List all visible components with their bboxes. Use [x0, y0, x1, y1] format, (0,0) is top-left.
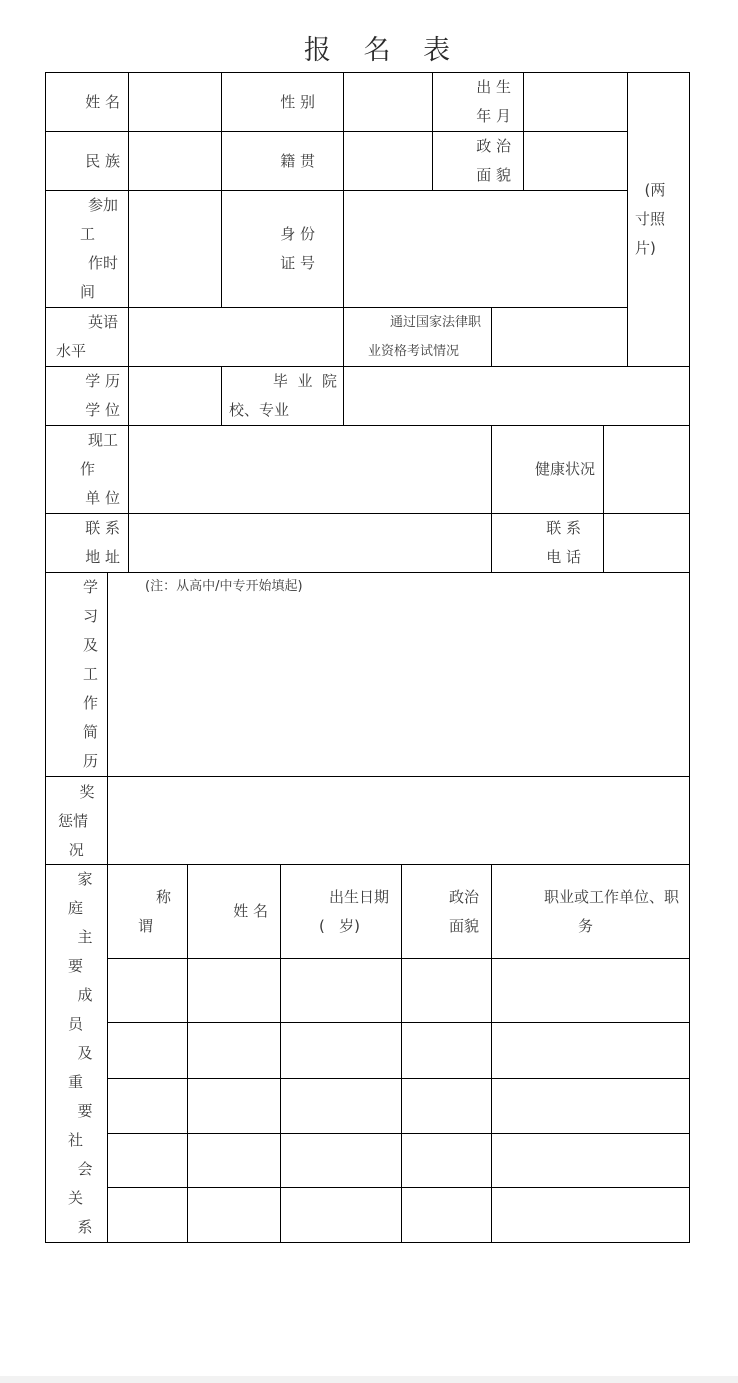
name-label: 姓 名: [45, 72, 129, 132]
hometown-label: 籍 贯: [221, 131, 344, 191]
id-label-line1: 身 份: [222, 220, 315, 249]
workplace-label-line3: 单 位: [46, 484, 120, 513]
phone-label-line1: 联 系: [492, 514, 581, 543]
family-row-1-relation[interactable]: [107, 958, 188, 1023]
workplace-label-line1: 现工: [46, 426, 120, 455]
family-label-char: 社: [68, 1126, 107, 1155]
school-major-label: 毕 业 院 校、专业: [221, 366, 344, 426]
header-political-line1: 政治: [402, 883, 479, 912]
resume-label-char: 习: [83, 602, 107, 631]
family-row-1-birthdate[interactable]: [280, 958, 402, 1023]
awards-label-line2: 惩情: [58, 807, 107, 836]
political-status-field[interactable]: [523, 131, 628, 191]
name-field[interactable]: [128, 72, 222, 132]
family-row-4-occupation[interactable]: [491, 1133, 690, 1188]
family-label: 家 庭 主 要 成 员 及 重 要 社 会 关 系: [45, 864, 108, 1243]
header-relation-line1: 称: [108, 883, 171, 912]
birth-date-label: 出 生 年 月: [432, 72, 524, 132]
english-level-label: 英语 水平: [45, 307, 129, 367]
family-label-char: 关: [68, 1184, 107, 1213]
family-row-5-relation[interactable]: [107, 1187, 188, 1243]
family-row-2-relation[interactable]: [107, 1022, 188, 1079]
family-row-5-birthdate[interactable]: [280, 1187, 402, 1243]
health-label: 健康状况: [491, 425, 604, 514]
header-political-line2: 面貌: [402, 912, 479, 941]
address-label-line1: 联 系: [46, 514, 120, 543]
gender-label: 性 别: [221, 72, 344, 132]
family-header-relation: 称 谓: [107, 864, 188, 959]
family-row-5-occupation[interactable]: [491, 1187, 690, 1243]
gender-field[interactable]: [343, 72, 433, 132]
phone-label-line2: 电 话: [492, 543, 581, 572]
hometown-field[interactable]: [343, 131, 433, 191]
header-birthdate-line1: 出生日期: [281, 883, 389, 912]
work-start-label: 参加 工 作时 间: [45, 190, 129, 308]
workplace-label-line2: 作: [46, 455, 120, 484]
resume-label-char: 历: [83, 747, 107, 776]
family-row-4-birthdate[interactable]: [280, 1133, 402, 1188]
family-row-5-name[interactable]: [187, 1187, 281, 1243]
english-label-line1: 英语: [46, 308, 118, 337]
address-label: 联 系 地 址: [45, 513, 129, 573]
ethnicity-field[interactable]: [128, 131, 222, 191]
id-number-label: 身 份 证 号: [221, 190, 344, 308]
header-occupation-line2: 务: [492, 912, 679, 941]
photo-label-line1: (两: [635, 176, 689, 205]
work-start-line1: 参加: [46, 191, 118, 220]
hometown-label-text: 籍 贯: [222, 147, 315, 176]
header-relation-line2: 谓: [108, 912, 171, 941]
header-birthdate-line2: ( 岁): [281, 912, 389, 941]
photo-label-line3: 片): [635, 234, 689, 263]
work-start-line4: 间: [46, 278, 118, 307]
workplace-field[interactable]: [128, 425, 492, 514]
health-label-text: 健康状况: [492, 455, 595, 484]
family-label-char: 会: [68, 1155, 107, 1184]
education-label-line1: 学 历: [46, 367, 120, 396]
form-title: 报 名 表: [0, 28, 738, 67]
education-field[interactable]: [128, 366, 222, 426]
gender-label-text: 性 别: [222, 88, 315, 117]
political-label-line1: 政 治: [433, 132, 511, 161]
address-field[interactable]: [128, 513, 492, 573]
birth-date-field[interactable]: [523, 72, 628, 132]
photo-label-line2: 寸照: [635, 205, 689, 234]
ethnicity-label: 民 族: [45, 131, 129, 191]
header-occupation-line1: 职业或工作单位、职: [492, 883, 679, 912]
resume-label: 学 习 及 工 作 简 历: [45, 572, 108, 777]
name-label-text: 姓 名: [46, 88, 120, 117]
family-header-birthdate: 出生日期 ( 岁): [280, 864, 402, 959]
resume-label-char: 及: [83, 631, 107, 660]
education-label: 学 历 学 位: [45, 366, 129, 426]
birth-label-line1: 出 生: [433, 73, 511, 102]
education-label-line2: 学 位: [46, 396, 120, 425]
family-label-char: 重: [68, 1068, 107, 1097]
family-label-char: 主: [68, 923, 107, 952]
resume-note: (注：从高中/中专开始填起): [145, 575, 303, 599]
awards-label: 奖 惩情 况: [45, 776, 108, 865]
awards-label-line3: 况: [58, 836, 107, 865]
family-row-3-relation[interactable]: [107, 1078, 188, 1134]
family-label-char: 要: [68, 952, 107, 981]
law-exam-line2: 业资格考试情况: [344, 337, 481, 366]
work-start-field[interactable]: [128, 190, 222, 308]
birth-label-line2: 年 月: [433, 102, 511, 131]
resume-label-char: 学: [83, 573, 107, 602]
workplace-label: 现工 作 单 位: [45, 425, 129, 514]
family-row-3-name[interactable]: [187, 1078, 281, 1134]
family-row-4-political[interactable]: [401, 1133, 492, 1188]
awards-field[interactable]: [107, 776, 690, 865]
law-exam-field[interactable]: [491, 307, 628, 367]
family-row-4-relation[interactable]: [107, 1133, 188, 1188]
law-exam-line1: 通过国家法律职: [344, 308, 481, 337]
law-exam-label: 通过国家法律职 业资格考试情况: [343, 307, 492, 367]
family-label-char: 及: [68, 1039, 107, 1068]
header-name-text: 姓 名: [188, 897, 268, 926]
family-label-char: 要: [68, 1097, 107, 1126]
id-label-line2: 证 号: [222, 249, 315, 278]
school-major-field[interactable]: [343, 366, 690, 426]
family-row-1-political[interactable]: [401, 958, 492, 1023]
resume-label-char: 工: [83, 660, 107, 689]
family-row-3-political[interactable]: [401, 1078, 492, 1134]
family-header-name: 姓 名: [187, 864, 281, 959]
health-field[interactable]: [603, 425, 690, 514]
family-header-occupation: 职业或工作单位、职 务: [491, 864, 690, 959]
english-level-field[interactable]: [128, 307, 344, 367]
family-label-char: 家: [68, 865, 107, 894]
work-start-line2: 工: [46, 220, 118, 249]
family-row-3-birthdate[interactable]: [280, 1078, 402, 1134]
family-row-4-name[interactable]: [187, 1133, 281, 1188]
school-label-line1: 毕 业 院: [222, 367, 337, 396]
school-label-line2: 校、专业: [222, 396, 337, 425]
english-label-line2: 水平: [46, 337, 118, 366]
family-row-2-name[interactable]: [187, 1022, 281, 1079]
family-label-char: 员: [68, 1010, 107, 1039]
id-number-field[interactable]: [343, 190, 628, 308]
resume-label-char: 简: [83, 718, 107, 747]
awards-label-line1: 奖: [58, 778, 107, 807]
resume-field[interactable]: (注：从高中/中专开始填起): [107, 572, 690, 777]
ethnicity-label-text: 民 族: [46, 147, 120, 176]
family-header-political: 政治 面貌: [401, 864, 492, 959]
family-label-char: 庭: [68, 894, 107, 923]
family-row-1-occupation[interactable]: [491, 958, 690, 1023]
family-label-char: 系: [68, 1213, 107, 1242]
page-bottom-edge: [0, 1376, 738, 1383]
family-row-5-political[interactable]: [401, 1187, 492, 1243]
family-row-2-occupation[interactable]: [491, 1022, 690, 1079]
family-label-char: 成: [68, 981, 107, 1010]
address-label-line2: 地 址: [46, 543, 120, 572]
phone-field[interactable]: [603, 513, 690, 573]
work-start-line3: 作时: [46, 249, 118, 278]
family-row-2-political[interactable]: [401, 1022, 492, 1079]
resume-label-char: 作: [83, 689, 107, 718]
photo-box[interactable]: (两 寸照 片): [627, 72, 690, 367]
family-row-2-birthdate[interactable]: [280, 1022, 402, 1079]
political-label-line2: 面 貌: [433, 161, 511, 190]
family-row-1-name[interactable]: [187, 958, 281, 1023]
political-status-label: 政 治 面 貌: [432, 131, 524, 191]
phone-label: 联 系 电 话: [491, 513, 604, 573]
family-row-3-occupation[interactable]: [491, 1078, 690, 1134]
